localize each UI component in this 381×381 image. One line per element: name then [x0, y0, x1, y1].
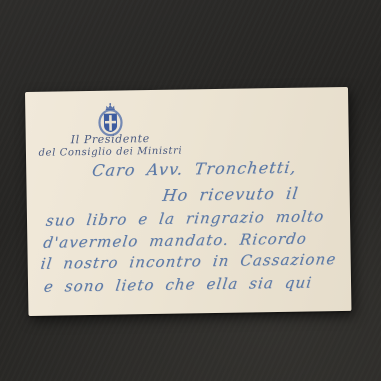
photo-background: Il Presidente del Consiglio dei Ministri… [0, 0, 381, 381]
handwritten-line: Ho ricevuto il [161, 184, 299, 205]
handwritten-line: e sono lieto che ella sia qui [43, 273, 313, 295]
letterhead-subtitle: del Consiglio dei Ministri [28, 144, 193, 160]
letter-card: Il Presidente del Consiglio dei Ministri… [25, 87, 351, 316]
handwritten-line: suo libro e la ringrazio molto [45, 207, 326, 229]
printed-letterhead: Il Presidente del Consiglio dei Ministri [28, 131, 193, 160]
handwritten-line: d'avermelo mandato. Ricordo [42, 230, 308, 252]
handwritten-greeting: Caro Avv. Tronchetti, [91, 158, 298, 180]
handwritten-line: il nostro incontro in Cassazione [40, 250, 338, 273]
